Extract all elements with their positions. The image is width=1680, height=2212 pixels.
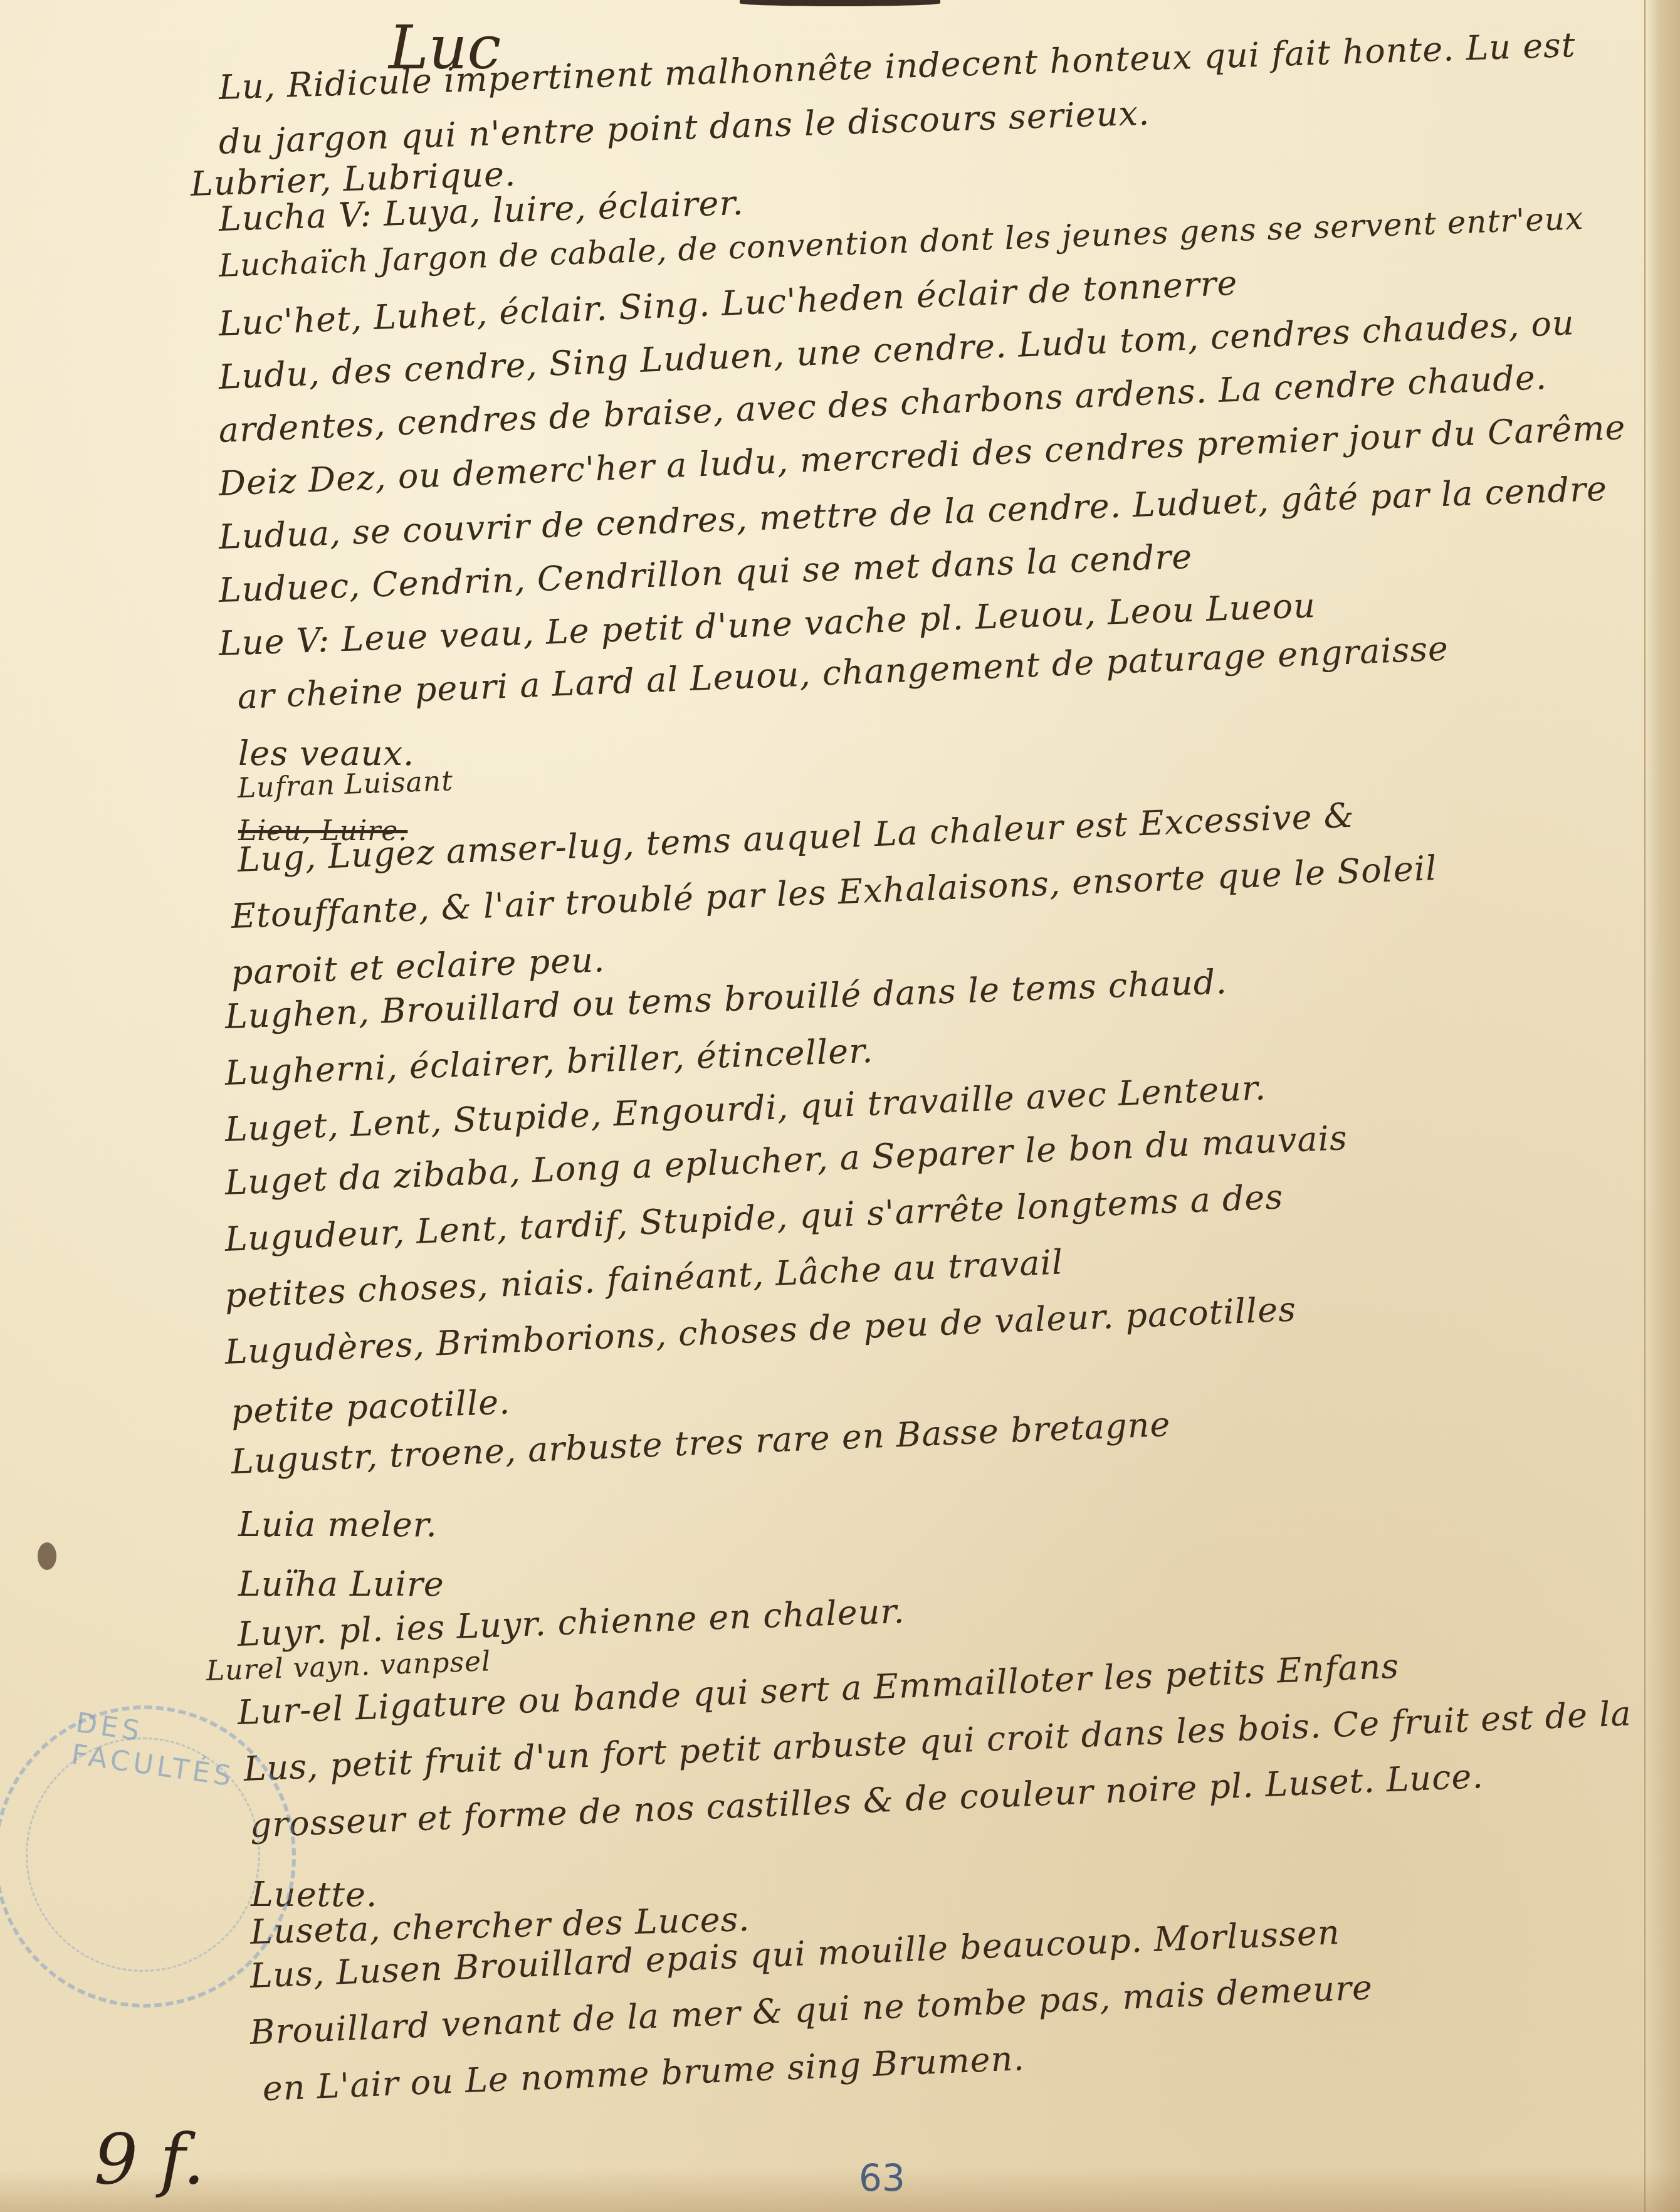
folio-mark: 9 f. — [94, 2119, 205, 2199]
manuscript-line: paroit et eclaire peu. — [231, 940, 606, 993]
manuscript-line: Lugherni, éclairer, briller, étinceller. — [224, 1031, 874, 1093]
page-edge — [1644, 0, 1680, 2212]
ink-blot — [38, 1542, 56, 1570]
manuscript-line: petite pacotille. — [231, 1382, 511, 1431]
manuscript-line: Luia meler. — [238, 1505, 438, 1544]
manuscript-line: Lufran Luisant — [237, 765, 453, 804]
page-number: 63 — [859, 2157, 905, 2199]
manuscript-line: en L'air ou Le nomme brume sing Brumen. — [261, 2038, 1025, 2109]
paper-stain — [0, 2168, 1680, 2212]
binding-shadow — [740, 0, 940, 6]
manuscript-line: du jargon qui n'entre point dans le disc… — [218, 93, 1150, 162]
library-stamp: DES FACULTÉS — [0, 1705, 296, 2008]
manuscript-line: Luïha Luire — [238, 1564, 444, 1604]
manuscript-page: Luc Lu, Ridicule impertinent malhonnête … — [0, 0, 1680, 2212]
